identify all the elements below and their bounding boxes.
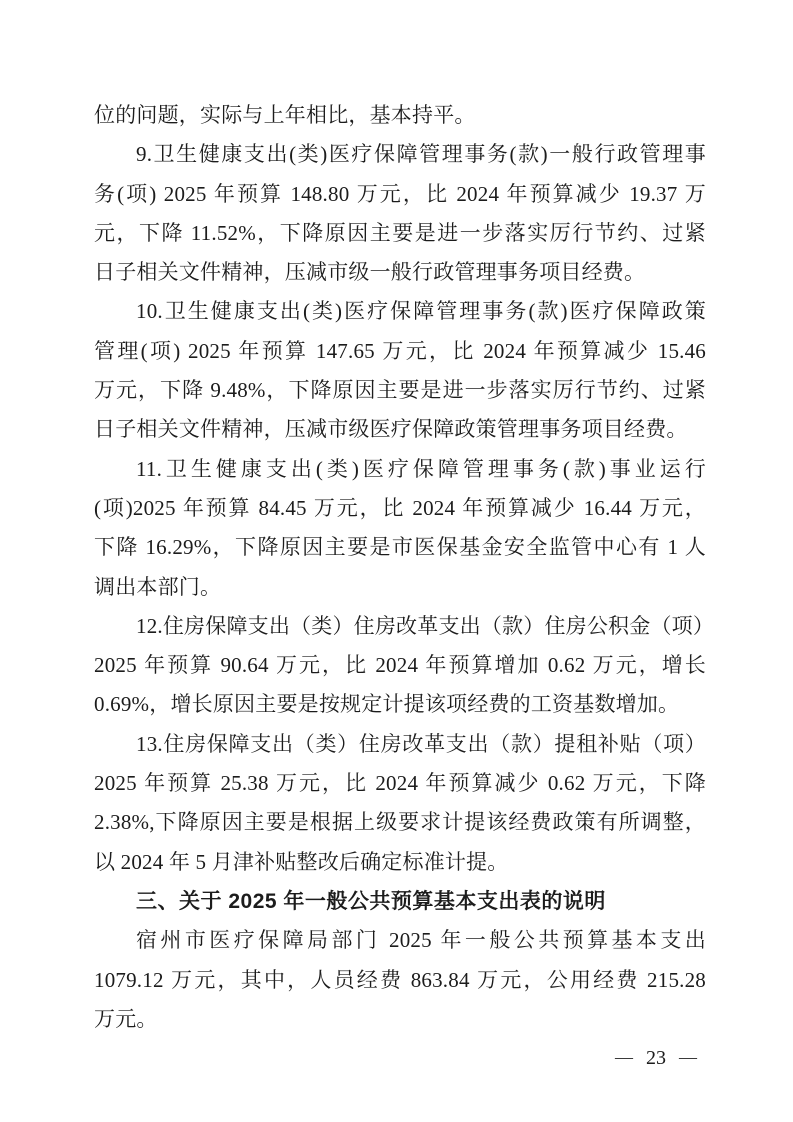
- footer-left-dash: —: [615, 1045, 633, 1069]
- document-line: 13.住房保障支出（类）住房改革支出（款）提租补贴（项）: [94, 725, 706, 764]
- document-line: 位的问题，实际与上年相比，基本持平。: [94, 96, 706, 135]
- document-line: (项)2025 年预算 84.45 万元，比 2024 年预算减少 16.44 …: [94, 489, 706, 528]
- page-number-footer: — 23 —: [615, 1046, 697, 1070]
- document-line: 11.卫生健康支出(类)医疗保障管理事务(款)事业运行: [94, 450, 706, 489]
- document-line: 2025 年预算 90.64 万元，比 2024 年预算增加 0.62 万元，增…: [94, 646, 706, 685]
- document-line: 12.住房保障支出（类）住房改革支出（款）住房公积金（项）: [94, 607, 706, 646]
- document-line: 以 2024 年 5 月津补贴整改后确定标准计提。: [94, 843, 706, 882]
- document-line: 2025 年预算 25.38 万元，比 2024 年预算减少 0.62 万元，下…: [94, 764, 706, 803]
- section-heading: 三、关于 2025 年一般公共预算基本支出表的说明: [94, 882, 706, 921]
- document-line: 2.38%,下降原因主要是根据上级要求计提该经费政策有所调整，: [94, 803, 706, 842]
- document-line: 宿州市医疗保障局部门 2025 年一般公共预算基本支出: [94, 921, 706, 960]
- document-body-text: 位的问题，实际与上年相比，基本持平。9.卫生健康支出(类)医疗保障管理事务(款)…: [94, 96, 706, 1039]
- document-page: 位的问题，实际与上年相比，基本持平。9.卫生健康支出(类)医疗保障管理事务(款)…: [0, 0, 793, 1122]
- document-line: 下降 16.29%，下降原因主要是市医保基金安全监管中心有 1 人: [94, 528, 706, 567]
- footer-right-dash: —: [679, 1045, 697, 1069]
- document-line: 日子相关文件精神，压减市级一般行政管理事务项目经费。: [94, 253, 706, 292]
- document-line: 务(项) 2025 年预算 148.80 万元，比 2024 年预算减少 19.…: [94, 175, 706, 214]
- document-line: 10.卫生健康支出(类)医疗保障管理事务(款)医疗保障政策: [94, 292, 706, 331]
- document-line: 万元。: [94, 1000, 706, 1039]
- document-line: 日子相关文件精神，压减市级医疗保障政策管理事务项目经费。: [94, 410, 706, 449]
- document-line: 0.69%，增长原因主要是按规定计提该项经费的工资基数增加。: [94, 685, 706, 724]
- document-line: 9.卫生健康支出(类)医疗保障管理事务(款)一般行政管理事: [94, 135, 706, 174]
- document-line: 管理(项) 2025 年预算 147.65 万元，比 2024 年预算减少 15…: [94, 332, 706, 371]
- document-line: 元，下降 11.52%，下降原因主要是进一步落实厉行节约、过紧: [94, 214, 706, 253]
- document-line: 万元，下降 9.48%，下降原因主要是进一步落实厉行节约、过紧: [94, 371, 706, 410]
- page-number: 23: [646, 1046, 666, 1070]
- document-line: 1079.12 万元，其中，人员经费 863.84 万元，公用经费 215.28: [94, 961, 706, 1000]
- document-line: 调出本部门。: [94, 568, 706, 607]
